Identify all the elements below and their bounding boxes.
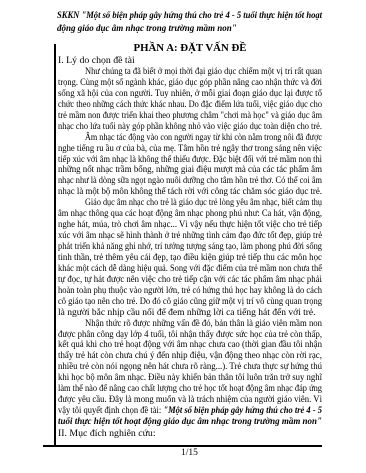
text-line: Như chúng ta đã biết ở mọi thời đại giáo… <box>58 67 322 78</box>
text-line: khác một cách dễ dàng hiệu quả. Song với… <box>58 264 322 275</box>
text-segment: tự đọc, tự hát được nên việc cho trẻ tiế… <box>58 275 322 285</box>
text-segment: tinh thần, trẻ thêm yêu cái đẹp, tạo điề… <box>58 253 322 263</box>
text-segment: Nhận thức rõ được những vấn đề đó, bản t… <box>85 319 322 329</box>
text-segment: Như chúng ta đã biết ở mọi thời đại giáo… <box>85 67 322 77</box>
text-line: là người bắc nhịp cầu nối để đem những l… <box>58 308 322 319</box>
text-segment: trọng. Cùng một số ngành khác, giáo dục … <box>58 78 322 88</box>
text-line: vậy tôi quyết định chọn đề tài: "Một số … <box>58 406 322 417</box>
text-segment: động giáo dục âm nhạc trong trường mầm n… <box>57 23 237 33</box>
text-line: những nốt nhạc trầm bổng, những giai điệ… <box>58 165 322 176</box>
text-segment: chức theo những cách thức khác nhau. Do … <box>58 100 322 110</box>
text-line: nhạc cho lứa tuổi này góp phần không nhỏ… <box>58 122 322 133</box>
text-segment: kết quả khi cho trẻ hoạt động với âm nhạ… <box>58 340 322 350</box>
text-segment: tuổi thực hiện tốt hoạt động giáo dục âm… <box>58 417 322 427</box>
text-segment: hoàn toàn phụ thuộc vào người lớn, trẻ c… <box>58 286 322 296</box>
text-line: tiếp xúc với âm nhạc là không thể thiếu … <box>58 155 322 166</box>
section-heading-1: I. Lý do chọn đề tài <box>58 55 322 67</box>
footer-divider <box>43 445 322 447</box>
text-segment: Giáo dục âm nhạc cho trẻ là giáo dục trẻ… <box>85 198 322 208</box>
page-content: PHẦN A: ĐẶT VẤN ĐỀ I. Lý do chọn đề tài … <box>58 42 322 440</box>
page-left-border <box>54 44 56 446</box>
running-header-line: SKKN "Một số biện pháp gây hứng thú cho … <box>57 9 322 22</box>
text-line: tinh thần, trẻ thêm yêu cái đẹp, tạo điề… <box>58 253 322 264</box>
text-segment: xúc với âm nhạc sẽ hình thành ở trẻ nhữn… <box>58 231 322 241</box>
text-segment: làm thế nào để nâng cao chất lượng cho t… <box>58 384 322 394</box>
text-line: tự đọc, tự hát được nên việc cho trẻ tiế… <box>58 275 322 286</box>
text-line: nhạc như là dòng sữa ngọt ngào nuôi dưỡn… <box>58 176 322 187</box>
text-line: được yêu cầu. Đây là mong muốn và là trá… <box>58 395 322 406</box>
paragraphs: Như chúng ta đã biết ở mọi thời đại giáo… <box>58 67 322 428</box>
text-segment: khác một cách dễ dàng hiệu quả. Song với… <box>58 264 322 274</box>
paragraph: Âm nhạc tác động vào con người ngay từ k… <box>58 133 322 199</box>
text-segment: tiếp xúc với âm nhạc là không thể thiếu … <box>58 155 322 165</box>
text-line: sống xã hội của con người. Tuy nhiên, ở … <box>58 89 322 100</box>
text-line: xúc với âm nhạc sẽ hình thành ở trẻ nhữn… <box>58 231 322 242</box>
text-line: nghe hát, múa, trò chơi âm nhạc... Vì vậ… <box>58 220 322 231</box>
text-segment: sống xã hội của con người. Tuy nhiên, ở … <box>58 89 322 99</box>
text-line: phát triển khả năng ghi nhớ, trí tưởng t… <box>58 242 322 253</box>
text-line: âm nhạc thông qua các hoạt động âm nhạc … <box>58 209 322 220</box>
text-line: cô giáo tạo nên cho trẻ. Do đó cô giáo c… <box>58 297 322 308</box>
text-line: thấy trẻ hát còn chưa chú ý đến nhịp điệ… <box>58 351 322 362</box>
text-segment: vậy tôi quyết định chọn đề tài: <box>58 406 163 416</box>
text-line: khi học bộ môn âm nhạc. Điều này khiến b… <box>58 373 322 384</box>
text-segment: phát triển khả năng ghi nhớ, trí tưởng t… <box>58 242 322 252</box>
text-segment: được phân công dạy lớp 4 tuổi, tôi nhận … <box>58 330 322 340</box>
text-line: Giáo dục âm nhạc cho trẻ là giáo dục trẻ… <box>58 198 322 209</box>
text-segment: nhạc là một bộ môn không thể tách rời vớ… <box>58 187 322 197</box>
running-header: SKKN "Một số biện pháp gây hứng thú cho … <box>57 9 322 34</box>
text-line: hoàn toàn phụ thuộc vào người lớn, trẻ c… <box>58 286 322 297</box>
running-header-line: động giáo dục âm nhạc trong trường mầm n… <box>57 22 322 35</box>
text-segment: cô giáo tạo nên cho trẻ. Do đó cô giáo c… <box>58 297 322 307</box>
text-line: Âm nhạc tác động vào con người ngay từ k… <box>58 133 322 144</box>
text-line: nhiều trẻ còn nói ngọng nên hát chưa rõ … <box>58 362 322 373</box>
text-line: trẻ mầm non được triển khai theo phương … <box>58 111 322 122</box>
text-line: chức theo những cách thức khác nhau. Do … <box>58 100 322 111</box>
text-line: được phân công dạy lớp 4 tuổi, tôi nhận … <box>58 330 322 341</box>
paragraph: Nhận thức rõ được những vấn đề đó, bản t… <box>58 319 322 428</box>
text-segment: trẻ mầm non được triển khai theo phương … <box>58 111 322 121</box>
text-segment: nhạc như là dòng sữa ngọt ngào nuôi dưỡn… <box>58 176 322 186</box>
text-segment: "Một số biện pháp gây hứng thú cho trẻ 4… <box>163 406 322 416</box>
text-line: trọng. Cùng một số ngành khác, giáo dục … <box>58 78 322 89</box>
text-line: tuổi thực hiện tốt hoạt động giáo dục âm… <box>58 417 322 428</box>
page-title: PHẦN A: ĐẶT VẤN ĐỀ <box>58 42 322 55</box>
text-segment: nghe tiếng ru ầu ơ của bà, của mẹ. Tâm h… <box>58 144 322 154</box>
text-line: nhạc là một bộ môn không thể tách rời vớ… <box>58 187 322 198</box>
paragraph: Như chúng ta đã biết ở mọi thời đại giáo… <box>58 67 322 133</box>
paragraph: Giáo dục âm nhạc cho trẻ là giáo dục trẻ… <box>58 198 322 318</box>
text-segment: là người bắc nhịp cầu nối để đem những l… <box>58 308 316 318</box>
section-heading-2: II. Mục đích nghiên cứu: <box>58 428 322 440</box>
text-line: Nhận thức rõ được những vấn đề đó, bản t… <box>58 319 322 330</box>
text-segment: SKKN "Một số biện pháp gây hứng thú cho … <box>57 10 322 20</box>
text-line: làm thế nào để nâng cao chất lượng cho t… <box>58 384 322 395</box>
text-segment: nhiều trẻ còn nói ngọng nên hát chưa rõ … <box>58 362 322 372</box>
text-segment: được yêu cầu. Đây là mong muốn và là trá… <box>58 395 322 405</box>
text-segment: nghe hát, múa, trò chơi âm nhạc... Vì vậ… <box>58 220 322 230</box>
text-segment: thấy trẻ hát còn chưa chú ý đến nhịp điệ… <box>58 351 322 361</box>
text-segment: những nốt nhạc trầm bổng, những giai điệ… <box>58 165 322 175</box>
text-segment: Âm nhạc tác động vào con người ngay từ k… <box>85 133 322 143</box>
text-line: kết quả khi cho trẻ hoạt động với âm nhạ… <box>58 340 322 351</box>
page-number: 1/15 <box>57 448 322 458</box>
text-line: nghe tiếng ru ầu ơ của bà, của mẹ. Tâm h… <box>58 144 322 155</box>
text-segment: âm nhạc thông qua các hoạt động âm nhạc … <box>58 209 322 219</box>
text-segment: khi học bộ môn âm nhạc. Điều này khiến b… <box>58 373 322 383</box>
text-segment: nhạc cho lứa tuổi này góp phần không nhỏ… <box>58 122 322 132</box>
